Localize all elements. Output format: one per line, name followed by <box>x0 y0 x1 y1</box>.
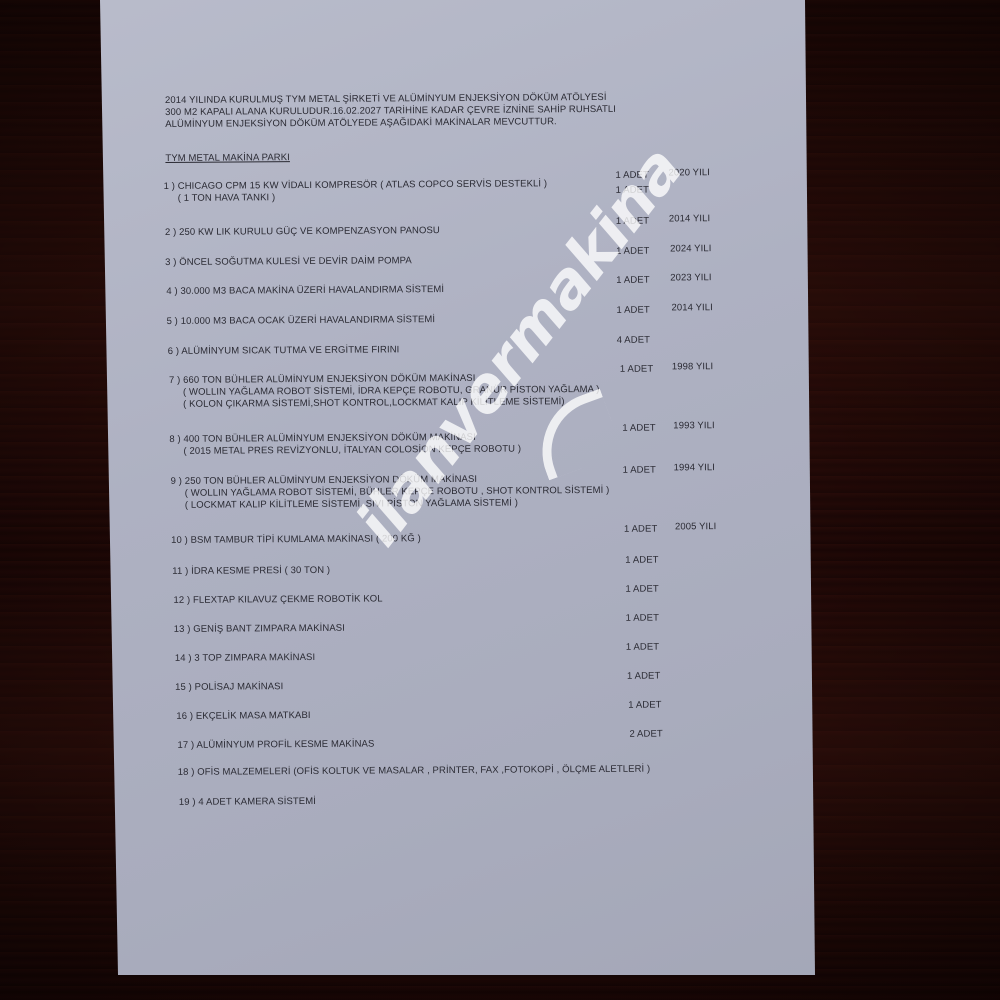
machine-year: 2014 YILI <box>671 302 712 313</box>
machine-quantity: 1 ADET <box>627 671 660 682</box>
machine-item-detail: ( 1 TON HAVA TANKI ) <box>178 192 276 204</box>
machine-item: 6 ) ALÜMİNYUM SICAK TUTMA VE ERGİTME FIR… <box>168 344 400 357</box>
machine-year: 2023 YILI <box>670 272 711 283</box>
machine-item: 17 ) ALÜMİNYUM PROFİL KESME MAKİNAS <box>177 739 374 751</box>
machine-quantity: 1 ADET <box>624 524 657 535</box>
machine-item: 18 ) OFİS MALZEMELERİ (OFİS KOLTUK VE MA… <box>178 764 651 778</box>
machine-quantity: 2 ADET <box>629 729 662 740</box>
machine-item: 11 ) İDRA KESME PRESİ ( 30 TON ) <box>172 565 330 577</box>
intro-line-3: ALÜMİNYUM ENJEKSİYON DÖKÜM ATÖLYEDE AŞAĞ… <box>165 116 557 130</box>
machine-item: 13 ) GENİŞ BANT ZIMPARA MAKİNASI <box>174 623 345 635</box>
machine-year: 1994 YILI <box>674 462 715 473</box>
section-heading: TYM METAL MAKİNA PARKI <box>165 152 290 164</box>
machine-item: 14 ) 3 TOP ZIMPARA MAKİNASI <box>175 652 315 664</box>
machine-quantity: 1 ADET <box>623 465 656 476</box>
machine-year: 1993 YILI <box>673 420 714 431</box>
document-body: 2014 YILINDA KURULMUŞ TYM METAL ŞİRKETİ … <box>0 0 1000 1000</box>
machine-item: 4 ) 30.000 M3 BACA MAKİNA ÜZERİ HAVALAND… <box>166 284 444 297</box>
machine-year: 1998 YILI <box>672 361 713 372</box>
machine-item: 2 ) 250 KW LIK KURULU GÜÇ VE KOMPENZASYO… <box>165 225 440 238</box>
machine-quantity: 1 ADET <box>622 423 655 434</box>
machine-quantity: 1 ADET <box>620 364 653 375</box>
machine-list: 1 ) CHICAGO CPM 15 KW VİDALI KOMPRESÖR (… <box>0 0 999 1</box>
machine-quantity: 1 ADET <box>616 305 649 316</box>
machine-quantity: 1 ADET <box>626 613 659 624</box>
machine-item: 15 ) POLİSAJ MAKİNASI <box>175 681 283 693</box>
machine-quantity: 4 ADET <box>617 335 650 346</box>
machine-year: 2005 YILI <box>675 521 716 532</box>
machine-quantity: 1 ADET <box>625 584 658 595</box>
machine-item: 12 ) FLEXTAP KILAVUZ ÇEKME ROBOTİK KOL <box>173 593 382 605</box>
machine-item: 5 ) 10.000 M3 BACA OCAK ÜZERİ HAVALANDIR… <box>167 314 436 327</box>
machine-item: 16 ) EKÇELİK MASA MATKABI <box>176 710 310 722</box>
machine-item: 7 ) 660 TON BÜHLER ALÜMİNYUM ENJEKSİYON … <box>169 373 476 386</box>
machine-item: 19 ) 4 ADET KAMERA SİSTEMİ <box>179 796 316 808</box>
machine-quantity: 1 ADET <box>625 555 658 566</box>
machine-quantity: 1 ADET <box>628 700 661 711</box>
machine-item: 1 ) CHICAGO CPM 15 KW VİDALI KOMPRESÖR (… <box>164 178 548 192</box>
machine-year: 2024 YILI <box>670 243 711 254</box>
machine-quantity: 1 ADET <box>616 275 649 286</box>
machine-quantity: 1 ADET <box>626 642 659 653</box>
machine-item: 3 ) ÖNCEL SOĞUTMA KULESİ VE DEVİR DAİM P… <box>165 255 412 268</box>
machine-year: 2014 YILI <box>669 213 710 224</box>
